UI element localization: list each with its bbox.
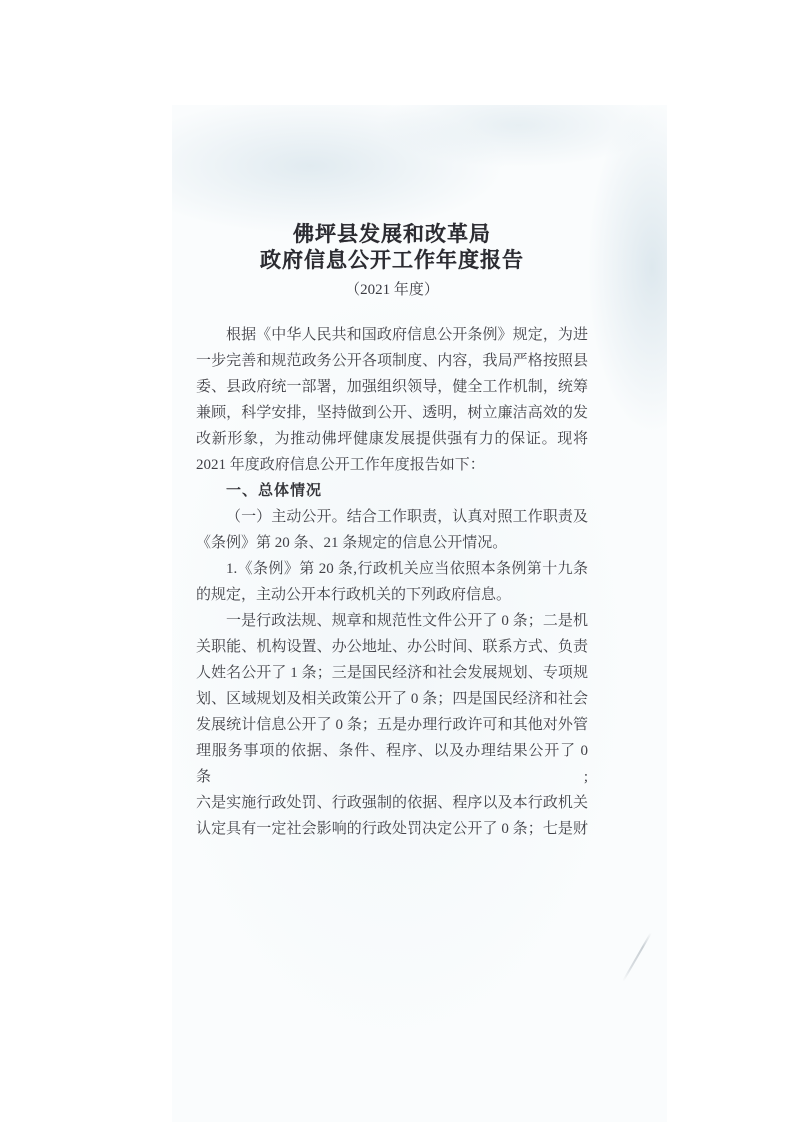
document-canvas: 佛坪县发展和改革局 政府信息公开工作年度报告 （2021 年度） 根据《中华人民… [0, 0, 793, 1122]
body-line: 关职能、机构设置、办公地址、办公时间、联系方式、负责 [196, 634, 588, 660]
document-content: 佛坪县发展和改革局 政府信息公开工作年度报告 （2021 年度） 根据《中华人民… [196, 0, 588, 842]
document-body: 根据《中华人民共和国政府信息公开条例》规定，为进一步完善和规范政务公开各项制度、… [196, 322, 588, 842]
title-line-2: 政府信息公开工作年度报告 [196, 247, 588, 273]
body-line: 认定具有一定社会影响的行政处罚决定公开了 0 条；七是财 [196, 816, 588, 842]
body-line: 一是行政法规、规章和规范性文件公开了 0 条；二是机 [196, 608, 588, 634]
body-line: 的规定，主动公开本行政机关的下列政府信息。 [196, 582, 588, 608]
body-line: 人姓名公开了 1 条；三是国民经济和社会发展规划、专项规 [196, 660, 588, 686]
title-line-1: 佛坪县发展和改革局 [196, 221, 588, 247]
body-line: 划、区域规划及相关政策公开了 0 条；四是国民经济和社会 [196, 686, 588, 712]
body-line: 六是实施行政处罚、行政强制的依据、程序以及本行政机关 [196, 790, 588, 816]
document-subtitle: （2021 年度） [196, 279, 588, 301]
body-line: 一、总体情况 [196, 478, 588, 504]
body-line: 委、县政府统一部署，加强组织领导，健全工作机制，统筹 [196, 374, 588, 400]
body-line: 1.《条例》第 20 条,行政机关应当依照本条例第十九条 [196, 556, 588, 582]
body-line: 根据《中华人民共和国政府信息公开条例》规定，为进 [196, 322, 588, 348]
body-line: （一）主动公开。结合工作职责，认真对照工作职责及 [196, 504, 588, 530]
body-line: 一步完善和规范政务公开各项制度、内容，我局严格按照县 [196, 348, 588, 374]
body-line: 《条例》第 20 条、21 条规定的信息公开情况。 [196, 530, 588, 556]
body-line: 发展统计信息公开了 0 条；五是办理行政许可和其他对外管 [196, 712, 588, 738]
body-line: 理服务事项的依据、条件、程序、以及办理结果公开了 0 条; [196, 738, 588, 790]
document-title: 佛坪县发展和改革局 政府信息公开工作年度报告 [196, 221, 588, 273]
body-line: 2021 年度政府信息公开工作年度报告如下： [196, 452, 588, 478]
body-line: 兼顾，科学安排，坚持做到公开、透明，树立廉洁高效的发 [196, 400, 588, 426]
body-line: 改新形象，为推动佛坪健康发展提供强有力的保证。现将 [196, 426, 588, 452]
scan-scratch-artifact [622, 932, 652, 981]
